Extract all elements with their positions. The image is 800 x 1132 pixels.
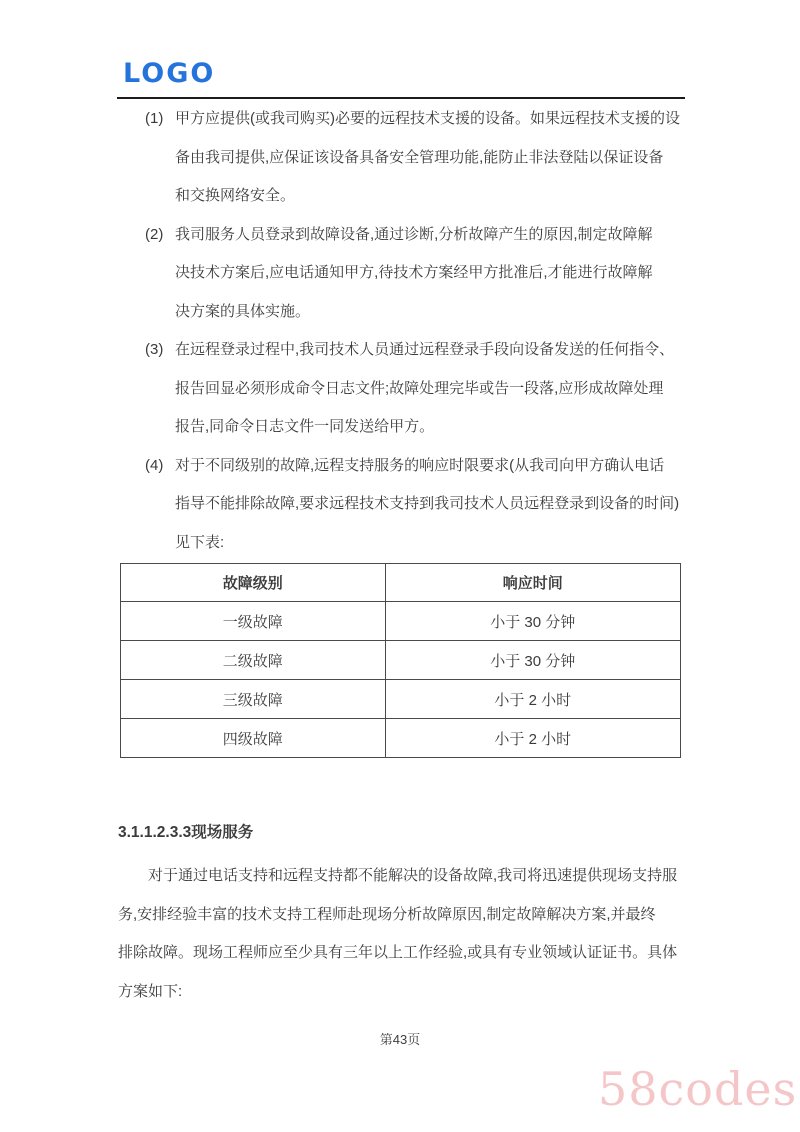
- table-cell-level: 三级故障: [121, 680, 386, 719]
- paragraph-line: 排除故障。现场工程师应至少具有三年以上工作经验,或具有专业领域认证证书。具体: [118, 934, 688, 973]
- item-number: (3): [145, 331, 175, 447]
- page-number: 第43页: [0, 1029, 800, 1048]
- item-text: 对于不同级别的故障,远程支持服务的响应时限要求(从我司向甲方确认电话 指导不能排…: [175, 447, 685, 563]
- numbered-list: (1) 甲方应提供(或我司购买)必要的远程技术支援的设备。如果远程技术支援的设 …: [145, 100, 690, 562]
- list-item-1: (1) 甲方应提供(或我司购买)必要的远程技术支援的设备。如果远程技术支援的设 …: [145, 100, 690, 216]
- table-header-response-time: 响应时间: [385, 564, 680, 602]
- watermark: 58codes: [598, 1062, 797, 1116]
- item-line: 指导不能排除故障,要求远程技术支持到我司技术人员远程登录到设备的时间): [175, 485, 685, 524]
- table-cell-level: 二级故障: [121, 641, 386, 680]
- list-item-3: (3) 在远程登录过程中,我司技术人员通过远程登录手段向设备发送的任何指令、 报…: [145, 331, 690, 447]
- item-number: (2): [145, 216, 175, 332]
- table-header-fault-level: 故障级别: [121, 564, 386, 602]
- table-row: 三级故障 小于 2 小时: [121, 680, 681, 719]
- paragraph-line: 方案如下:: [118, 973, 688, 1012]
- item-line: 对于不同级别的故障,远程支持服务的响应时限要求(从我司向甲方确认电话: [175, 447, 685, 486]
- table-row: 二级故障 小于 30 分钟: [121, 641, 681, 680]
- table-cell-level: 一级故障: [121, 602, 386, 641]
- item-line: 我司服务人员登录到故障设备,通过诊断,分析故障产生的原因,制定故障解: [175, 216, 685, 255]
- table-row: 一级故障 小于 30 分钟: [121, 602, 681, 641]
- item-number: (1): [145, 100, 175, 216]
- list-item-4: (4) 对于不同级别的故障,远程支持服务的响应时限要求(从我司向甲方确认电话 指…: [145, 447, 690, 563]
- table-row: 四级故障 小于 2 小时: [121, 719, 681, 758]
- item-text: 在远程登录过程中,我司技术人员通过远程登录手段向设备发送的任何指令、 报告回显必…: [175, 331, 685, 447]
- item-line: 甲方应提供(或我司购买)必要的远程技术支援的设备。如果远程技术支援的设: [175, 100, 685, 139]
- item-line: 备由我司提供,应保证该设备具备安全管理功能,能防止非法登陆以保证设备: [175, 139, 685, 178]
- item-text: 我司服务人员登录到故障设备,通过诊断,分析故障产生的原因,制定故障解 决技术方案…: [175, 216, 685, 332]
- table-cell-time: 小于 30 分钟: [385, 602, 680, 641]
- list-item-2: (2) 我司服务人员登录到故障设备,通过诊断,分析故障产生的原因,制定故障解 决…: [145, 216, 690, 332]
- item-line: 决方案的具体实施。: [175, 293, 685, 332]
- section-paragraph: 对于通过电话支持和远程支持都不能解决的设备故障,我司将迅速提供现场支持服 务,安…: [118, 857, 688, 1011]
- item-line: 报告回显必须形成命令日志文件;故障处理完毕或告一段落,应形成故障处理: [175, 370, 685, 409]
- table-cell-time: 小于 2 小时: [385, 719, 680, 758]
- item-line: 报告,同命令日志文件一同发送给甲方。: [175, 408, 685, 447]
- paragraph-line: 务,安排经验丰富的技术支持工程师赴现场分析故障原因,制定故障解决方案,并最终: [118, 896, 688, 935]
- table-header-row: 故障级别 响应时间: [121, 564, 681, 602]
- item-line: 决技术方案后,应电话通知甲方,待技术方案经甲方批准后,才能进行故障解: [175, 254, 685, 293]
- table-cell-time: 小于 30 分钟: [385, 641, 680, 680]
- document-page: LOGO (1) 甲方应提供(或我司购买)必要的远程技术支援的设备。如果远程技术…: [0, 0, 800, 1132]
- item-line: 和交换网络安全。: [175, 177, 685, 216]
- table-cell-level: 四级故障: [121, 719, 386, 758]
- company-logo: LOGO: [123, 58, 215, 89]
- section-heading: 3.1.1.2.3.3现场服务: [118, 820, 253, 842]
- response-time-table: 故障级别 响应时间 一级故障 小于 30 分钟 二级故障 小于 30 分钟 三级…: [120, 563, 681, 758]
- item-text: 甲方应提供(或我司购买)必要的远程技术支援的设备。如果远程技术支援的设 备由我司…: [175, 100, 685, 216]
- item-line: 在远程登录过程中,我司技术人员通过远程登录手段向设备发送的任何指令、: [175, 331, 685, 370]
- paragraph-line: 对于通过电话支持和远程支持都不能解决的设备故障,我司将迅速提供现场支持服: [118, 857, 688, 896]
- header-divider: [117, 97, 685, 99]
- item-number: (4): [145, 447, 175, 563]
- table-cell-time: 小于 2 小时: [385, 680, 680, 719]
- item-line: 见下表:: [175, 524, 685, 563]
